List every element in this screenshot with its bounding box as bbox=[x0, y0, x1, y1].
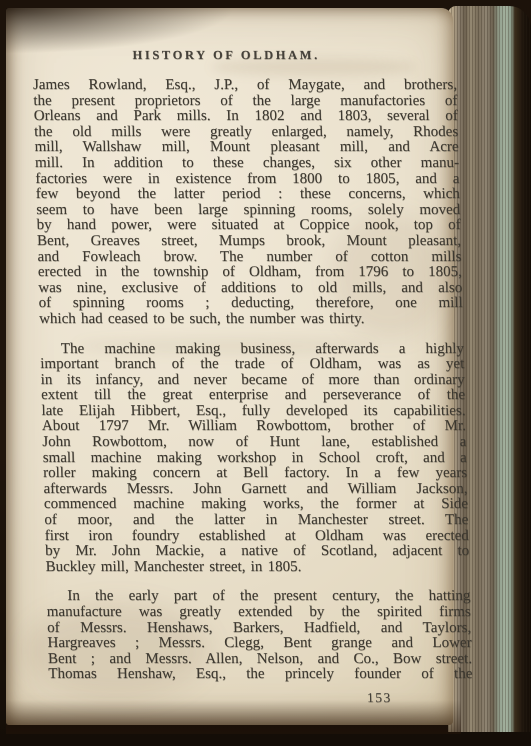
text-line: extent till the great enterprise and per… bbox=[41, 388, 465, 404]
text-line: was nine, exclusive of additions to old … bbox=[38, 281, 462, 297]
text-line: important branch of the trade of Oldham,… bbox=[40, 357, 464, 373]
text-line: James Rowland, Esq., J.P., of Maygate, a… bbox=[33, 78, 457, 94]
text-line: few beyond the latter period : these con… bbox=[36, 187, 460, 203]
text-line: roller making concern at Bell factory. I… bbox=[43, 466, 467, 482]
book-photo: HISTORY OF OLDHAM. James Rowland, Esq., … bbox=[0, 0, 531, 746]
text-line: and Fowleach brow. The number of cotton … bbox=[37, 250, 461, 266]
text-line: of Messrs. Henshaws, Barkers, Hadfield, … bbox=[47, 621, 471, 637]
text-line: The machine making business, afterwards … bbox=[40, 342, 464, 358]
paragraph: James Rowland, Esq., J.P., of Maygate, a… bbox=[33, 78, 464, 328]
paragraph: In the early part of the present century… bbox=[46, 589, 472, 683]
text-line: by Mr. John Mackie, a native of Scotland… bbox=[45, 544, 469, 560]
text-line: erected in the township of Oldham, from … bbox=[38, 265, 462, 281]
text-line: in its infancy, and never became of more… bbox=[41, 373, 465, 389]
text-line: of moor, and the latter in Manchester st… bbox=[44, 513, 468, 529]
paragraph: The machine making business, afterwards … bbox=[40, 342, 470, 576]
text-line: first iron foundry established at Oldham… bbox=[45, 529, 469, 545]
text-line: Bent, Greaves street, Mumps brook, Mount… bbox=[37, 234, 461, 250]
page-text-block: HISTORY OF OLDHAM. James Rowland, Esq., … bbox=[32, 48, 473, 706]
text-line: manufacture was greatly extended by the … bbox=[47, 605, 471, 621]
text-line: commenced machine making works, the form… bbox=[44, 497, 468, 513]
book-page: HISTORY OF OLDHAM. James Rowland, Esq., … bbox=[6, 8, 453, 725]
text-line: of spinning rooms ; deducting, therefore… bbox=[39, 296, 463, 312]
text-line: Hargreaves ; Messrs. Clegg, Bent grange … bbox=[47, 636, 471, 652]
text-line: factories were in existence from 1800 to… bbox=[35, 172, 459, 188]
page-number: 153 bbox=[49, 690, 473, 706]
running-header: HISTORY OF OLDHAM. bbox=[32, 48, 420, 63]
text-line: the old mills were greatly enlarged, nam… bbox=[34, 125, 458, 141]
text-line: In the early part of the present century… bbox=[46, 589, 470, 605]
text-line: Orleans and Park mills. In 1802 and 1803… bbox=[34, 109, 458, 125]
text-line: About 1797 Mr. William Rowbottom, brothe… bbox=[42, 419, 466, 435]
text-line: late Elijah Hibbert, Esq., fully develop… bbox=[41, 404, 465, 420]
text-line: Thomas Henshaw, Esq., the princely found… bbox=[48, 667, 472, 683]
text-line: Buckley mill, Manchester street, in 1805… bbox=[45, 560, 469, 576]
text-line: by hand power, were situated at Coppice … bbox=[36, 218, 460, 234]
body-text: James Rowland, Esq., J.P., of Maygate, a… bbox=[33, 78, 473, 683]
text-line: which had ceased to be such, the number … bbox=[39, 312, 463, 328]
text-line: Bent ; and Messrs. Allen, Nelson, and Co… bbox=[48, 652, 472, 668]
text-line: John Rowbottom, now of Hunt lane, establ… bbox=[42, 435, 466, 451]
text-line: the present proprietors of the large man… bbox=[33, 94, 457, 110]
text-line: mill, Wallshaw mill, Mount pleasant mill… bbox=[34, 140, 458, 156]
text-line: seem to have been large spinning rooms, … bbox=[36, 203, 460, 219]
text-line: mill. In addition to these changes, six … bbox=[35, 156, 459, 172]
text-line: small machine making workshop in School … bbox=[43, 451, 467, 467]
text-line: afterwards Messrs. John Garnett and Will… bbox=[43, 482, 467, 498]
